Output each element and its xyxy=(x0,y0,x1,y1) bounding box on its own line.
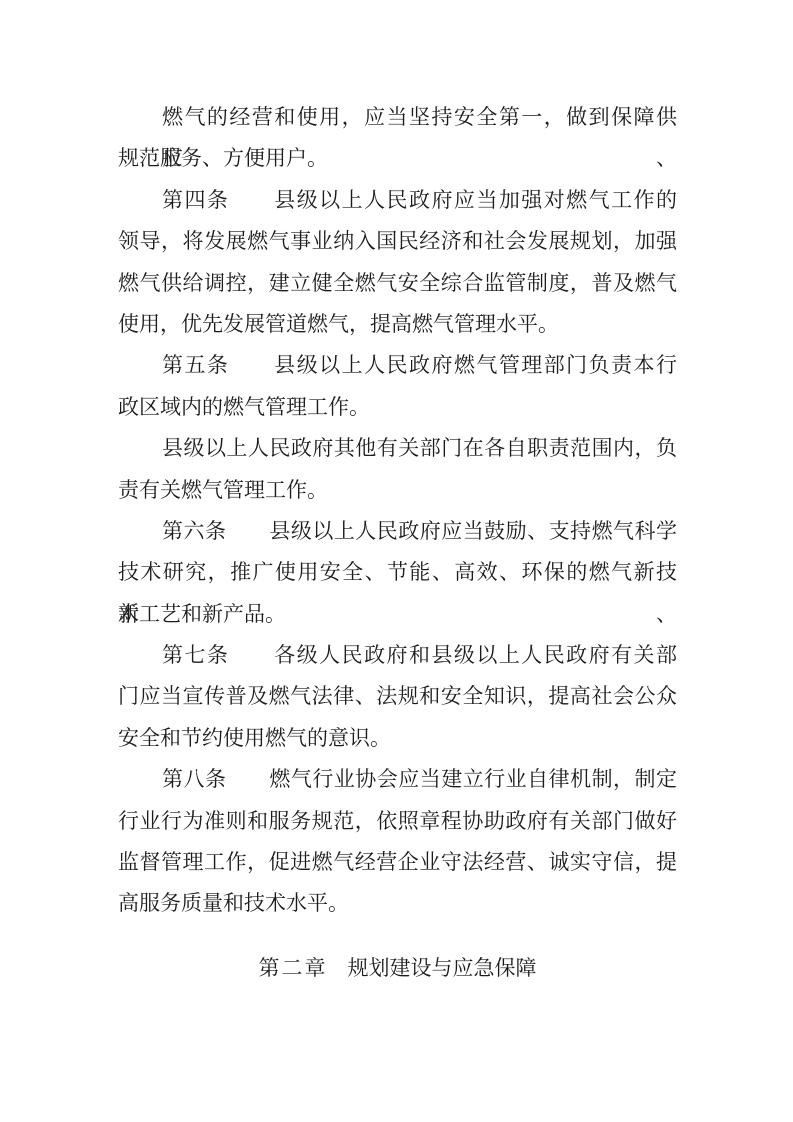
text-line-article-7: 第七条 各级人民政府和县级以上人民政府有关部 xyxy=(118,635,677,676)
chapter-heading: 第二章规划建设与应急保障 xyxy=(118,948,677,989)
text-line: 行业行为准则和服务规范，依照章程协助政府有关部门做好 xyxy=(118,801,677,842)
text-line: 燃气供给调控，建立健全燃气安全综合监管制度，普及燃气 xyxy=(118,263,677,304)
text-line: 监督管理工作，促进燃气经营企业守法经营、诚实守信，提 xyxy=(118,842,677,883)
text-line-article-8: 第八条 燃气行业协会应当建立行业自律机制，制定 xyxy=(118,759,677,800)
text-line-article-5: 第五条 县级以上人民政府燃气管理部门负责本行 xyxy=(118,345,677,386)
document-body: 燃气的经营和使用，应当坚持安全第一，做到保障供应、 规范服务、方便用户。 第四条… xyxy=(118,97,677,989)
text-line: 政区域内的燃气管理工作。 xyxy=(118,387,677,428)
text-line: 技术研究，推广使用安全、节能、高效、环保的燃气新技术、 xyxy=(118,552,677,593)
text-line: 燃气的经营和使用，应当坚持安全第一，做到保障供应、 xyxy=(118,97,677,138)
chapter-number: 第二章 xyxy=(259,956,328,980)
text-line: 领导，将发展燃气事业纳入国民经济和社会发展规划，加强 xyxy=(118,221,677,262)
document-page: 燃气的经营和使用，应当坚持安全第一，做到保障供应、 规范服务、方便用户。 第四条… xyxy=(0,0,793,1122)
text-line: 使用，优先发展管道燃气，提高燃气管理水平。 xyxy=(118,304,677,345)
text-line: 门应当宣传普及燃气法律、法规和安全知识，提高社会公众 xyxy=(118,676,677,717)
text-line: 县级以上人民政府其他有关部门在各自职责范围内，负 xyxy=(118,428,677,469)
chapter-title: 规划建设与应急保障 xyxy=(348,956,537,980)
text-line: 责有关燃气管理工作。 xyxy=(118,470,677,511)
text-line: 高服务质量和技术水平。 xyxy=(118,883,677,924)
text-line: 安全和节约使用燃气的意识。 xyxy=(118,718,677,759)
text-line-article-6: 第六条 县级以上人民政府应当鼓励、支持燃气科学 xyxy=(118,511,677,552)
text-line-article-4: 第四条 县级以上人民政府应当加强对燃气工作的 xyxy=(118,180,677,221)
